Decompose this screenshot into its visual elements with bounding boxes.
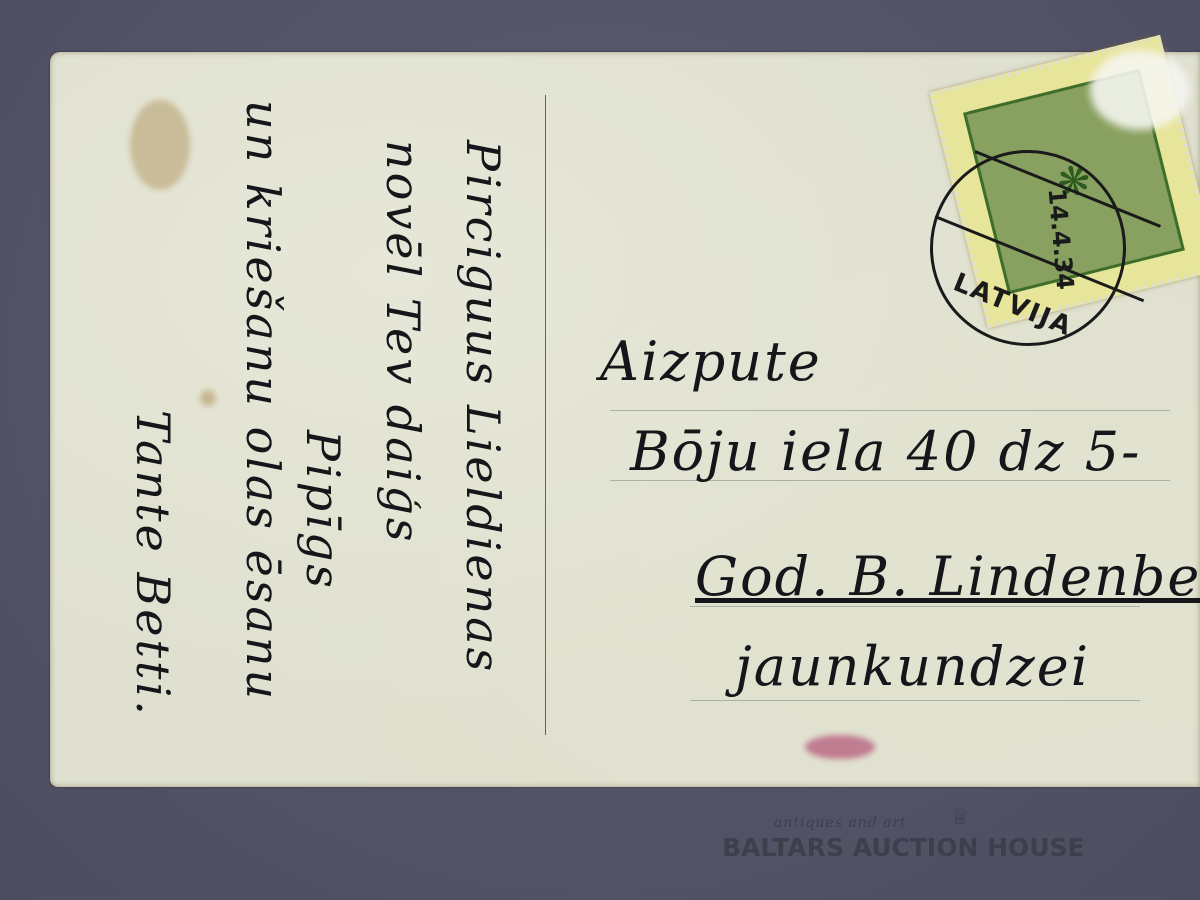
- watermark-name: BALTARS AUCTION HOUSE: [722, 833, 1085, 862]
- address-title: jaunkundzei: [735, 635, 1090, 698]
- address-recipient: God. B. Lindenberg: [695, 545, 1200, 608]
- address-street: Bōju iela 40 dz 5-: [630, 420, 1141, 483]
- message-line: Pirciguus Lieldienas: [456, 140, 510, 674]
- stamp-damage: [1090, 50, 1190, 130]
- message-line: un kriešanu olas ēsanu: [236, 100, 290, 702]
- address-town: Aizpute: [600, 330, 822, 393]
- message-line: Pipīgs: [296, 430, 350, 591]
- handwritten-message: Pirciguus Lieldienas novēl Tev daiģs Pip…: [60, 130, 540, 770]
- watermark-tagline: antiques and art: [774, 815, 907, 831]
- card-divider-line: [545, 95, 546, 735]
- message-line: novēl Tev daiģs: [376, 140, 430, 544]
- handwritten-address: Aizpute Bōju iela 40 dz 5- God. B. Linde…: [600, 330, 1200, 770]
- crown-icon: ♕: [950, 805, 970, 830]
- message-signature: Tante Betti.: [126, 410, 180, 718]
